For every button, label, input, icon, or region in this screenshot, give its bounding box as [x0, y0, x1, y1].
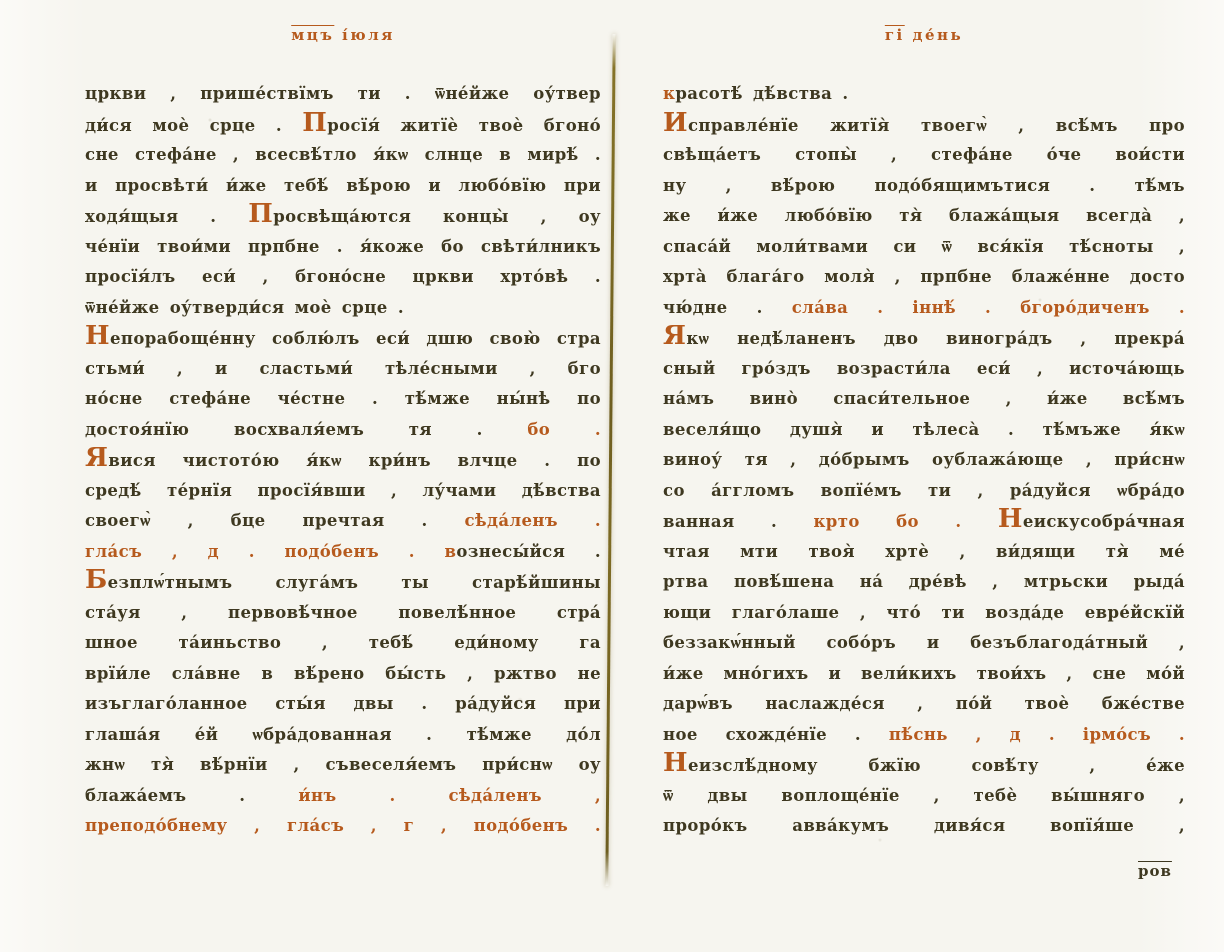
running-title-rest: де́нь [905, 26, 963, 44]
text-line: Непорабоще́нну соблю́лъ еси́ дшю свою̀ с… [85, 323, 601, 354]
folio-number: ров [1138, 862, 1172, 880]
body-text: росвѣща́ются концы̀ , оу [273, 207, 601, 226]
body-text: кѡ недѣ́ланенъ дво виногра́дъ , прекра́ [686, 329, 1185, 348]
body-text: изъглаго́ланное сты́я двы . ра́дуйся при [85, 694, 601, 713]
body-text: ное схожде́нїе . [663, 725, 889, 744]
text-line: и просвѣти́ и́же тебѣ́ вѣ́рою и любо́вїю… [85, 171, 601, 202]
body-text: веселя́що душя̀ и тѣлеса̀ . тѣ́мъже я́кѡ [663, 420, 1185, 439]
rubric-text: гла́съ , д . подо́бенъ . [85, 542, 445, 561]
body-text: жнѡ тя̀ вѣ́рнїи , съвеселя́емъ при́снѡ о… [85, 755, 601, 774]
body-text: виноу́ тя , до́брымъ оублажа́юще , при́с… [663, 450, 1185, 469]
body-text: но́сне стефа́не че́стне . тѣ́мже ны́нѣ п… [85, 389, 601, 408]
text-line: ное схожде́нїе . пѣ́снь , д . ірмо́съ . [663, 720, 1185, 751]
body-text: достоя́нїю восхваля́емъ тя . [85, 420, 527, 439]
rubric-text: к [663, 84, 675, 103]
body-text: спаса́й моли́твами си ѿ вся́кїя тѣ́сноты… [663, 237, 1185, 256]
text-line: ѿ двы воплоще́нїе , тебѐ вы́шняго , [663, 781, 1185, 812]
body-text: ртва повѣ́шена на́ дре́вѣ , мтрьски рыда… [663, 572, 1185, 591]
text-line: и́же мно́гихъ и вели́кихъ твои́хъ , сне … [663, 659, 1185, 690]
text-line: Явися чистото́ю я́кѡ кри́нъ влчце . по [85, 445, 601, 476]
text-line: шное та́иньство , тебѣ́ еди́ному га [85, 628, 601, 659]
rubric-drop-cap: Я [85, 443, 108, 473]
body-text: шное та́иньство , тебѣ́ еди́ному га [85, 633, 601, 652]
body-text: ѿне́йже оу́тверди́ся моѐ срце . [85, 298, 404, 317]
rubric-drop-cap: Н [998, 504, 1023, 534]
text-line: Якѡ недѣ́ланенъ дво виногра́дъ , прекра́ [663, 323, 1185, 354]
body-text: ну , вѣ́рою подо́бящимътися . тѣ́мъ [663, 176, 1185, 195]
rubric-drop-cap: Я [663, 321, 686, 351]
body-text: ющи глаго́лаше , что́ ти возда́де евре́й… [663, 603, 1185, 622]
text-line: Неизслѣ́дному бжїю совѣ́ту , е́же [663, 750, 1185, 781]
text-line: хрта̀ блага́го моля̀ , прпбне блаже́нне … [663, 262, 1185, 293]
text-line: беззакѡ́нный собо́ръ и безъблагода́тный … [663, 628, 1185, 659]
rubric-text: бо . [527, 420, 601, 439]
text-line: ди́ся моѐ срце . Просїя́ житїѐ твоѐ бгон… [85, 110, 601, 141]
body-text: и́же мно́гихъ и вели́кихъ твои́хъ , сне … [663, 664, 1185, 683]
rubric-drop-cap: П [248, 199, 273, 229]
body-text: ходя́щыя . [85, 207, 248, 226]
text-line: врїи́ле сла́вне в вѣ́рено бы́сть , ржтво… [85, 659, 601, 690]
text-line: ющи глаго́лаше , что́ ти возда́де евре́й… [663, 598, 1185, 629]
running-title-abbr: гі [885, 26, 905, 44]
text-line: проро́къ авва́кумъ дивя́ся вопїя́ше , [663, 811, 1185, 842]
text-line: ѿне́йже оу́тверди́ся моѐ срце . [85, 293, 601, 324]
text-line: чю́дне . сла́ва . іннѣ́ . бгоро́диченъ . [663, 293, 1185, 324]
text-line: спаса́й моли́твами си ѿ вся́кїя тѣ́сноты… [663, 232, 1185, 263]
body-text: дарѡ́въ наслажде́ся , по́й твоѐ бже́стве [663, 694, 1185, 713]
body-text: езплѡ́тнымъ слуга́мъ ты старѣ́йшины [108, 573, 601, 592]
body-text: блажа́емъ . [85, 786, 298, 805]
text-line: сне стефа́не , всесвѣ́тло я́кѡ слнце в м… [85, 140, 601, 171]
text-line: преподо́бнему , гла́съ , г , подо́бенъ . [85, 811, 601, 842]
text-line: же и́же любо́вїю тя̀ блажа́щыя всегда̀ , [663, 201, 1185, 232]
text-line: цркви , прише́ствїмъ ти . ѿне́йже оу́тве… [85, 79, 601, 110]
text-line: достоя́нїю восхваля́емъ тя . бо . [85, 415, 601, 446]
text-line: Исправле́нїе житїя̀ твоегѡ̀ , всѣ́мъ про [663, 110, 1185, 141]
body-text: на́мъ вино̀ спаси́тельное , и́же всѣ́мъ [663, 389, 1185, 408]
body-text: хрта̀ блага́го моля̀ , прпбне блаже́нне … [663, 267, 1185, 286]
text-line: своегѡ̀ , бце пречтая . сѣда́ленъ . [85, 506, 601, 537]
rubric-text: в [445, 542, 457, 561]
book-spread-scan: мцъ і́юля цркви , прише́ствїмъ ти . ѿне́… [0, 0, 1224, 952]
body-text: сне стефа́не , всесвѣ́тло я́кѡ слнце в м… [85, 145, 601, 164]
text-line: ртва повѣ́шена на́ дре́вѣ , мтрьски рыда… [663, 567, 1185, 598]
text-line: изъглаго́ланное сты́я двы . ра́дуйся при [85, 689, 601, 720]
rubric-drop-cap: Б [85, 565, 108, 595]
body-text: свѣща́етъ стопы̀ , стефа́не о́че вои́сти [663, 145, 1185, 164]
left-page-textblock: цркви , прише́ствїмъ ти . ѿне́йже оу́тве… [85, 79, 601, 842]
binding-gutter-line [605, 34, 615, 886]
body-text: ста́уя , первовѣ́чное повелѣ́нное стра́ [85, 603, 601, 622]
body-text: врїи́ле сла́вне в вѣ́рено бы́сть , ржтво… [85, 664, 601, 683]
body-text: со а́ггломъ вопїе́мъ ти , ра́дуйся ѡбра́… [663, 481, 1185, 500]
body-text: цркви , прише́ствїмъ ти . ѿне́йже оу́тве… [85, 84, 601, 103]
text-line: но́сне стефа́не че́стне . тѣ́мже ны́нѣ п… [85, 384, 601, 415]
body-text: ванная . [663, 512, 813, 531]
body-text: че́нїи твои́ми прпбне . я́коже бо свѣти́… [85, 237, 601, 256]
body-text: своегѡ̀ , бце пречтая . [85, 511, 465, 530]
rubric-text: сла́ва . іннѣ́ . бгоро́диченъ . [792, 298, 1185, 317]
body-text: расотѣ́ дѣ́вства . [675, 84, 848, 103]
body-text: глаша́я е́й ѡбра́дованная . тѣ́мже до́л [85, 725, 601, 744]
body-text: еискусобра́чная [1023, 512, 1185, 531]
text-line: сный гро́здъ возрасти́ла еси́ , источа́ю… [663, 354, 1185, 385]
rubric-text: сѣда́ленъ . [465, 511, 601, 530]
body-text: сный гро́здъ возрасти́ла еси́ , источа́ю… [663, 359, 1185, 378]
text-line: со а́ггломъ вопїе́мъ ти , ра́дуйся ѡбра́… [663, 476, 1185, 507]
text-line: че́нїи твои́ми прпбне . я́коже бо свѣти́… [85, 232, 601, 263]
body-text: ознесы́йся . [456, 542, 601, 561]
body-text: проро́къ авва́кумъ дивя́ся вопїя́ше , [663, 816, 1185, 835]
text-line: жнѡ тя̀ вѣ́рнїи , съвеселя́емъ при́снѡ о… [85, 750, 601, 781]
body-text: чю́дне . [663, 298, 792, 317]
body-text: просїя́лъ еси́ , бгоно́сне цркви хрто́вѣ… [85, 267, 601, 286]
rubric-text: крто бо . [813, 512, 997, 531]
rubric-text: и́нъ . сѣда́ленъ , [298, 786, 601, 805]
rubric-drop-cap: И [663, 108, 688, 138]
text-line: чтая мти твоя̀ хртѐ , ви́дящи тя̀ ме́ [663, 537, 1185, 568]
running-title-abbr: мцъ [291, 26, 334, 44]
body-text: епорабоще́нну соблю́лъ еси́ дшю свою̀ ст… [110, 329, 601, 348]
body-text: же и́же любо́вїю тя̀ блажа́щыя всегда̀ , [663, 206, 1185, 225]
rubric-text: преподо́бнему , гла́съ , г , подо́бенъ . [85, 816, 601, 835]
rubric-drop-cap: П [302, 108, 327, 138]
text-line: красотѣ́ дѣ́вства . [663, 79, 1185, 110]
text-line: дарѡ́въ наслажде́ся , по́й твоѐ бже́стве [663, 689, 1185, 720]
rubric-drop-cap: Н [85, 321, 110, 351]
body-text: росїя́ житїѐ твоѐ бгоно́ [327, 116, 601, 135]
text-line: свѣща́етъ стопы̀ , стефа́не о́че вои́сти [663, 140, 1185, 171]
right-page-textblock: красотѣ́ дѣ́вства .Исправле́нїе житїя̀ т… [663, 79, 1185, 842]
text-line: ванная . крто бо . Неискусобра́чная [663, 506, 1185, 537]
text-line: на́мъ вино̀ спаси́тельное , и́же всѣ́мъ [663, 384, 1185, 415]
text-line: гла́съ , д . подо́бенъ . вознесы́йся . [85, 537, 601, 568]
text-line: глаша́я е́й ѡбра́дованная . тѣ́мже до́л [85, 720, 601, 751]
right-page-running-title: гі де́нь [663, 26, 1185, 46]
text-line: ста́уя , первовѣ́чное повелѣ́нное стра́ [85, 598, 601, 629]
body-text: средѣ́ те́рнїя просїя́вши , лу́чами дѣ́в… [85, 481, 601, 500]
rubric-drop-cap: Н [663, 748, 688, 778]
text-line: средѣ́ те́рнїя просїя́вши , лу́чами дѣ́в… [85, 476, 601, 507]
body-text: ѿ двы воплоще́нїе , тебѐ вы́шняго , [663, 786, 1185, 805]
running-title-rest: і́юля [334, 26, 394, 44]
body-text: ди́ся моѐ срце . [85, 116, 302, 135]
rubric-text: пѣ́снь , д . ірмо́съ . [889, 725, 1185, 744]
body-text: чтая мти твоя̀ хртѐ , ви́дящи тя̀ ме́ [663, 542, 1185, 561]
text-line: просїя́лъ еси́ , бгоно́сне цркви хрто́вѣ… [85, 262, 601, 293]
body-text: справле́нїе житїя̀ твоегѡ̀ , всѣ́мъ про [688, 116, 1185, 135]
body-text: беззакѡ́нный собо́ръ и безъблагода́тный … [663, 633, 1185, 652]
left-page-running-title: мцъ і́юля [85, 26, 601, 46]
text-line: виноу́ тя , до́брымъ оублажа́юще , при́с… [663, 445, 1185, 476]
body-text: и просвѣти́ и́же тебѣ́ вѣ́рою и любо́вїю… [85, 176, 601, 195]
body-text: еизслѣ́дному бжїю совѣ́ту , е́же [688, 756, 1185, 775]
text-line: стьми́ , и сластьми́ тѣле́сными , бго [85, 354, 601, 385]
text-line: Безплѡ́тнымъ слуга́мъ ты старѣ́йшины [85, 567, 601, 598]
text-line: ну , вѣ́рою подо́бящимътися . тѣ́мъ [663, 171, 1185, 202]
body-text: вися чистото́ю я́кѡ кри́нъ влчце . по [108, 451, 601, 470]
text-line: блажа́емъ . и́нъ . сѣда́ленъ , [85, 781, 601, 812]
text-line: веселя́що душя̀ и тѣлеса̀ . тѣ́мъже я́кѡ [663, 415, 1185, 446]
left-page: мцъ і́юля цркви , прише́ствїмъ ти . ѿне́… [85, 0, 601, 842]
text-line: ходя́щыя . Просвѣща́ются концы̀ , оу [85, 201, 601, 232]
right-page: гі де́нь красотѣ́ дѣ́вства .Исправле́нїе… [663, 0, 1185, 842]
body-text: стьми́ , и сластьми́ тѣле́сными , бго [85, 359, 601, 378]
